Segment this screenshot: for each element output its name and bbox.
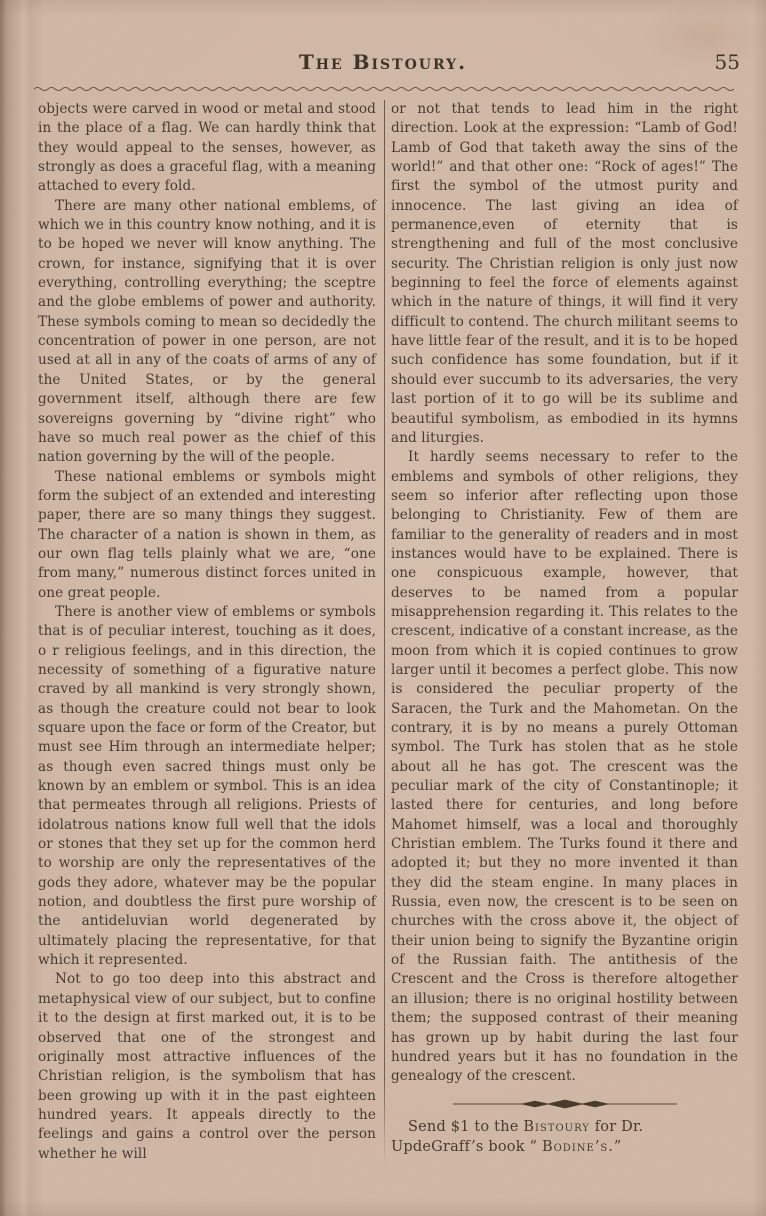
advertisement: Send $1 to the Bistoury for Dr. UpdeGraf… (391, 1117, 738, 1157)
column-divider-rule (384, 100, 385, 1164)
paragraph: There are many other national emblems, o… (38, 197, 376, 468)
diamond-left (520, 1100, 550, 1106)
paragraph: Not to go too deep into this abstract an… (38, 970, 376, 1163)
right-column: or not that tends to lead him in the rig… (391, 100, 738, 1164)
paragraph: There is another view of emblems or symb… (38, 603, 376, 971)
left-column: objects were carved in wood or metal and… (38, 100, 376, 1164)
diamond-rule-ornament (450, 1098, 680, 1110)
scanned-page: The Bistoury. 55 objects were carved in … (0, 0, 766, 1216)
ad-text-before: Send $1 to the (408, 1119, 523, 1135)
paragraph: objects were carved in wood or metal and… (38, 100, 376, 197)
ad-brand-name: Bistoury (523, 1119, 590, 1135)
page-number: 55 (715, 50, 740, 74)
ad-text-after: ” (614, 1139, 622, 1155)
running-title: The Bistoury. (0, 50, 766, 74)
diamond-right (580, 1100, 610, 1106)
diamond-center (546, 1099, 584, 1108)
paragraph: or not that tends to lead him in the rig… (391, 100, 738, 448)
paragraph: These national emblems or symbols might … (38, 468, 376, 603)
wavy-rule-divider (34, 84, 734, 94)
paragraph: It hardly seems necessary to refer to th… (391, 448, 738, 1086)
article-body: objects were carved in wood or metal and… (38, 100, 738, 1164)
ad-book-title: Bodine’s. (542, 1139, 614, 1155)
